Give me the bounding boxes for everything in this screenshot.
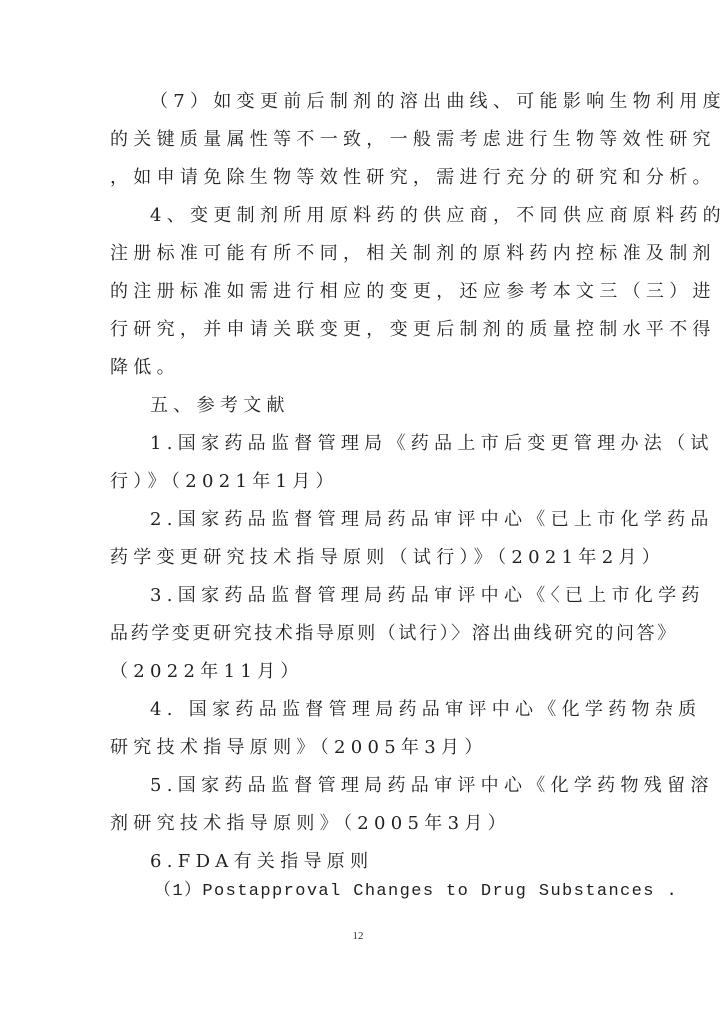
reference-1-line-2: 行）》（2021年1月） — [110, 470, 615, 494]
paragraph-7-line-3: ，如申请免除生物等效性研究，需进行充分的研究和分析。 — [110, 166, 615, 190]
reference-5-line-1: 5.国家药品监督管理局药品审评中心《化学药物残留溶 — [150, 774, 655, 798]
reference-4-line-2: 研究技术指导原则》（2005年3月） — [110, 736, 615, 760]
section-heading-references: 五、参考文献 — [150, 394, 655, 418]
reference-6-1-line-1: （1）Postapproval Changes to Drug Substanc… — [154, 880, 659, 904]
reference-2-line-1: 2.国家药品监督管理局药品审评中心《已上市化学药品 — [150, 508, 655, 532]
reference-3-line-2: 品药学变更研究技术指导原则（试行）〉溶出曲线研究的问答》 — [110, 622, 615, 646]
paragraph-4-line-4: 行研究，并申请关联变更，变更后制剂的质量控制水平不得 — [110, 318, 615, 342]
paragraph-4-line-5: 降低。 — [110, 356, 615, 380]
reference-3-line-3: （2022年11月） — [110, 660, 615, 684]
reference-4-line-1: 4. 国家药品监督管理局药品审评中心《化学药物杂质 — [150, 698, 655, 722]
paragraph-7-line-2: 的关键质量属性等不一致，一般需考虑进行生物等效性研究 — [110, 128, 615, 152]
page-number: 12 — [0, 930, 716, 942]
paragraph-7-line-1: （7）如变更前后制剂的溶出曲线、可能影响生物利用度 — [150, 90, 655, 114]
paragraph-4-line-1: 4、变更制剂所用原料药的供应商，不同供应商原料药的 — [150, 204, 655, 228]
document-page: （7）如变更前后制剂的溶出曲线、可能影响生物利用度 的关键质量属性等不一致，一般… — [0, 0, 720, 1018]
reference-5-line-2: 剂研究技术指导原则》（2005年3月） — [110, 812, 615, 836]
reference-2-line-2: 药学变更研究技术指导原则（试行）》（2021年2月） — [110, 546, 615, 570]
reference-3-line-1: 3.国家药品监督管理局药品审评中心《〈已上市化学药 — [150, 584, 655, 608]
paragraph-4-line-2: 注册标准可能有所不同，相关制剂的原料药内控标准及制剂 — [110, 242, 615, 266]
paragraph-4-line-3: 的注册标准如需进行相应的变更，还应参考本文三（三）进 — [110, 280, 615, 304]
reference-6-line-1: 6.FDA有关指导原则 — [150, 850, 655, 874]
reference-1-line-1: 1.国家药品监督管理局《药品上市后变更管理办法（试 — [150, 432, 655, 456]
